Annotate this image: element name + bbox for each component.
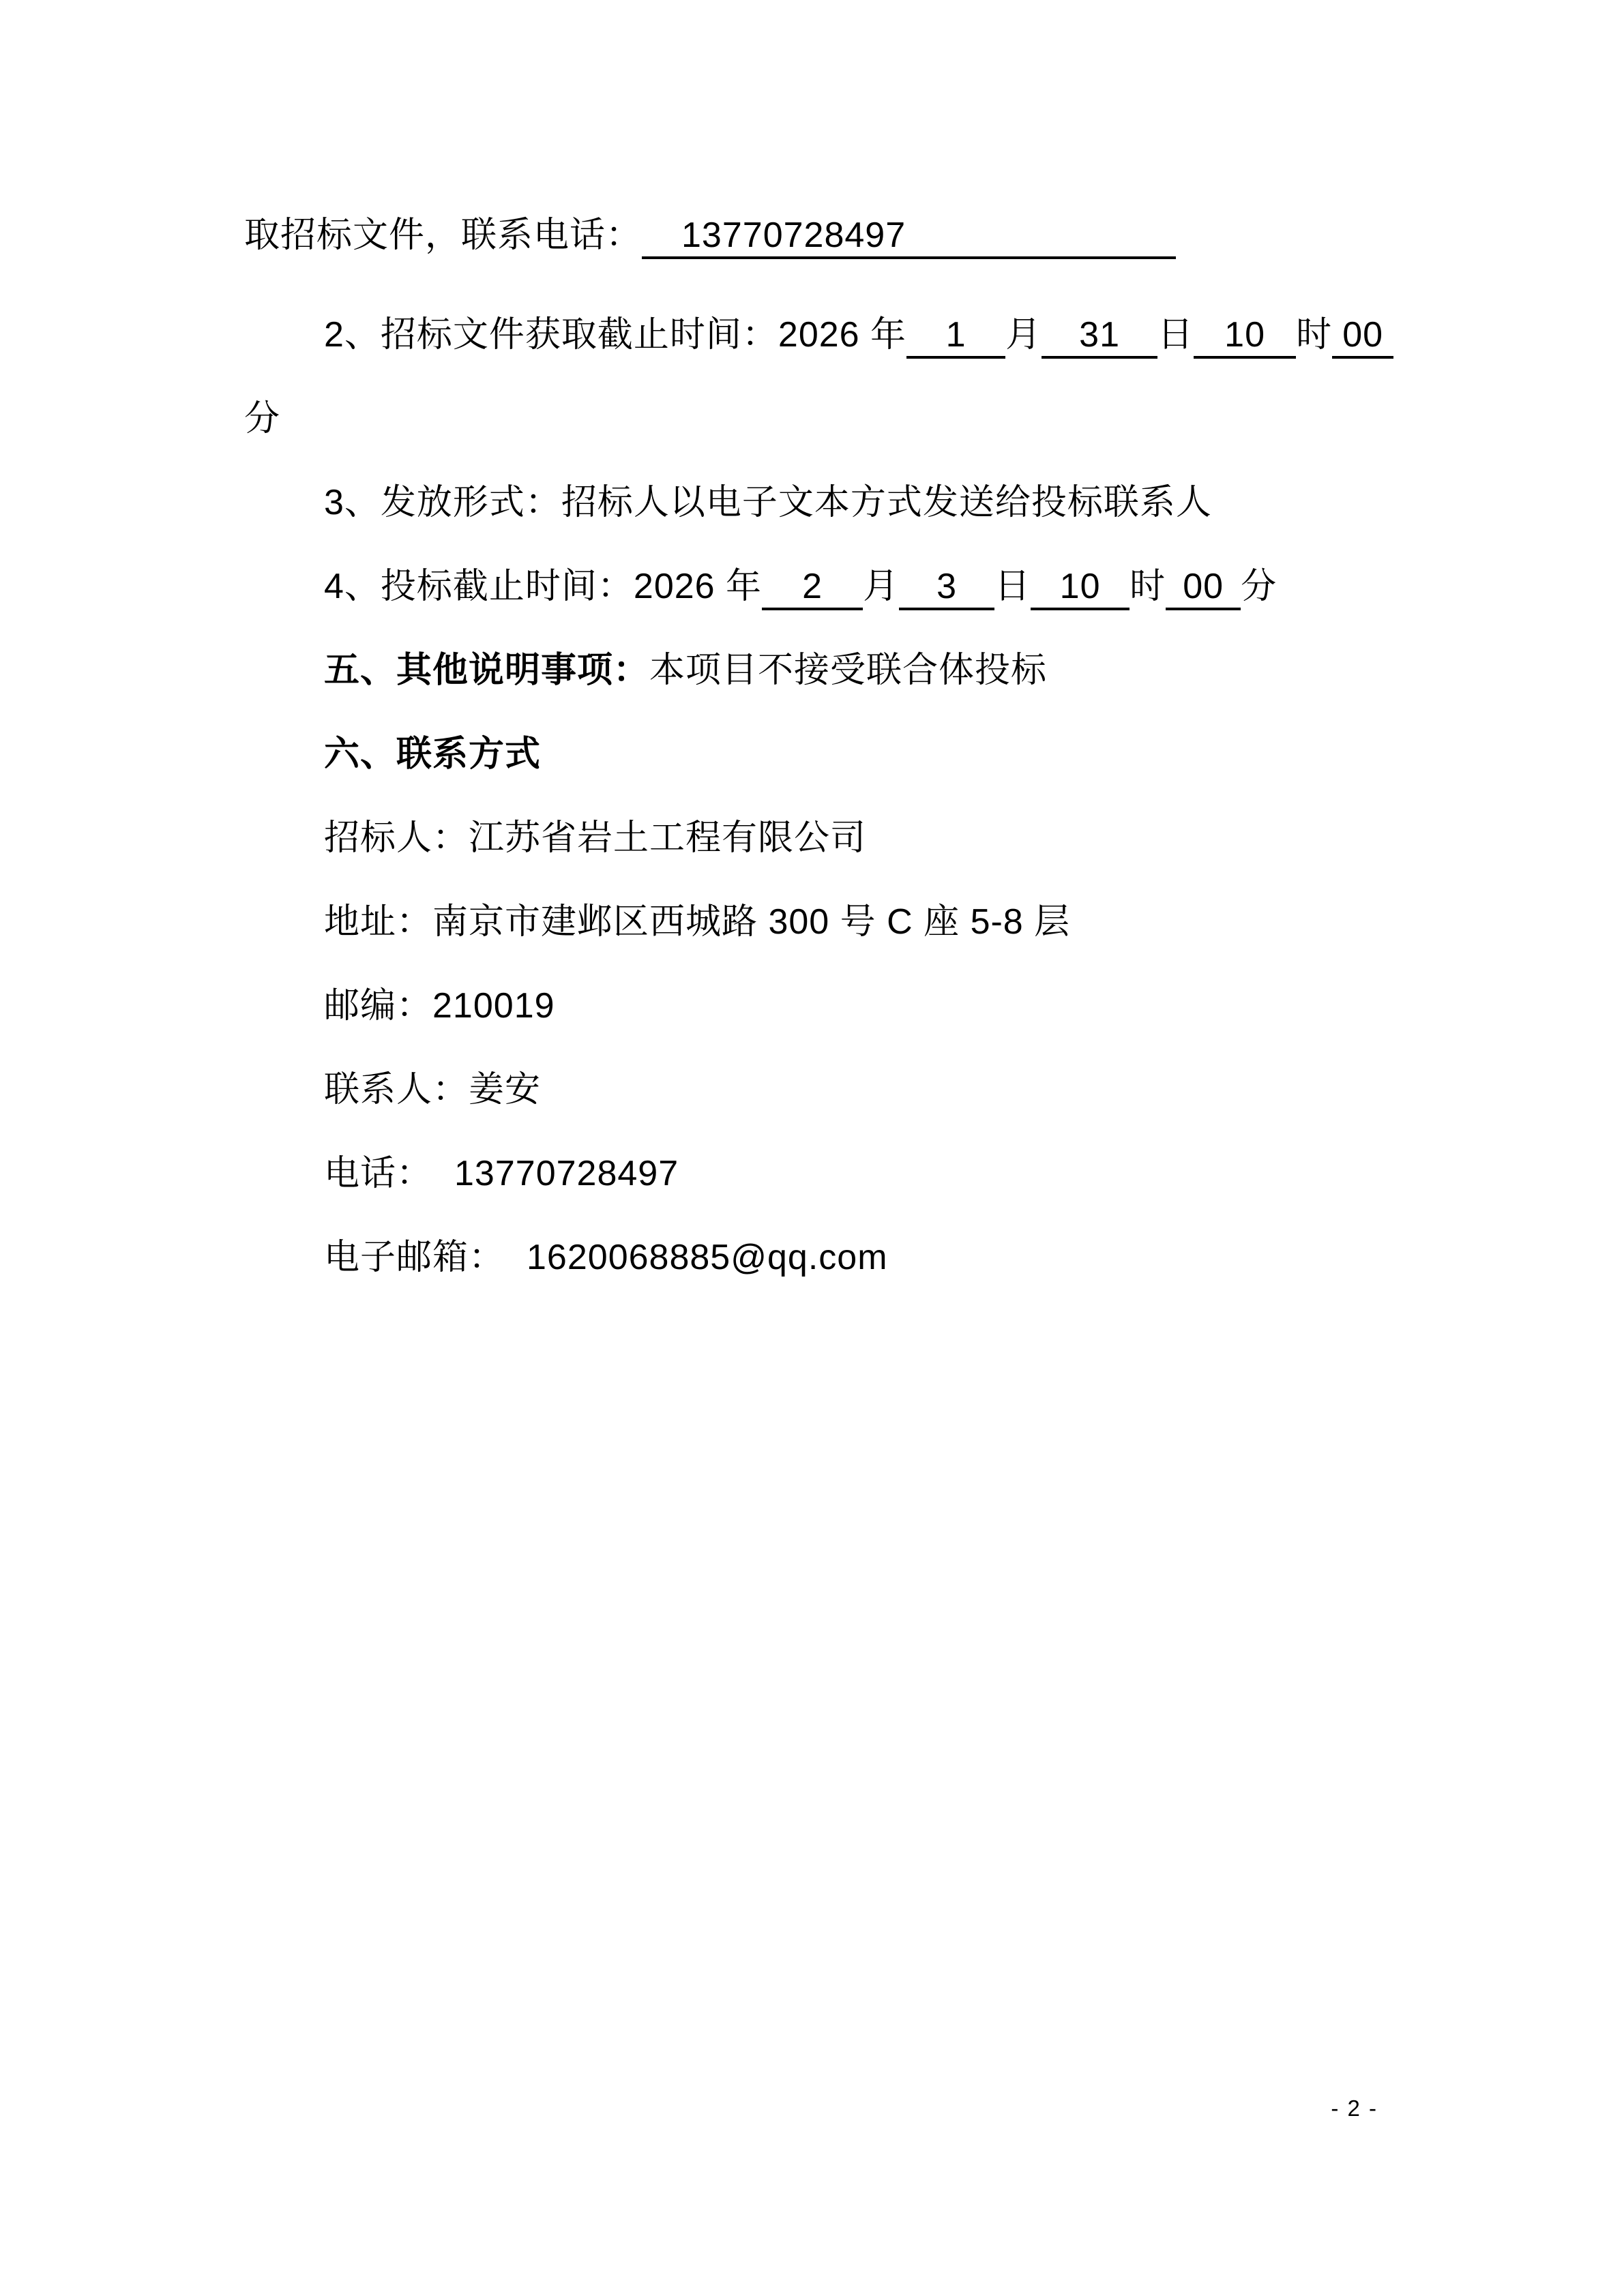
doc-deadline-month-unit: 月: [1005, 315, 1042, 355]
email-label: 电子邮箱：: [324, 1238, 505, 1277]
zip-value: 210019: [432, 986, 555, 1026]
address-value: 南京市建邺区西城路 300 号 C 座 5-8 层: [432, 902, 1070, 942]
bidder-label: 招标人：: [324, 818, 469, 858]
doc-deadline-hour-unit: 时: [1296, 315, 1332, 355]
bid-deadline-hour-value: 10: [1060, 567, 1101, 606]
doc-deadline-hour-value: 10: [1224, 315, 1265, 355]
email-value: 1620068885@qq.com: [527, 1238, 888, 1277]
paragraph-doc-deadline: 2、招标文件获取截止时间：2026 年1月31日10时00: [244, 293, 1380, 377]
other-notes-heading: 五、其他说明事项：: [324, 651, 649, 690]
doc-deadline-label: 2、招标文件获取截止时间：: [324, 315, 778, 355]
pickup-contact-text: 取招标文件，联系电话：: [244, 215, 642, 255]
contact-person-value: 姜安: [469, 1070, 541, 1109]
doc-deadline-day-value: 31: [1079, 315, 1120, 355]
zip-label: 邮编：: [324, 986, 432, 1026]
paragraph-address: 地址：南京市建邺区西城路 300 号 C 座 5-8 层: [244, 880, 1380, 964]
doc-deadline-minute-wrap: 分: [244, 399, 280, 438]
paragraph-phone: 电话：13770728497: [244, 1132, 1380, 1216]
bid-deadline-minute-unit: 分: [1241, 567, 1277, 606]
doc-deadline-year: 2026 年: [778, 315, 906, 355]
doc-deadline-day-unit: 日: [1157, 315, 1194, 355]
doc-deadline-hour-blank: 10: [1194, 314, 1296, 359]
paragraph-contact-heading: 六、联系方式: [244, 713, 1380, 796]
bid-deadline-month-blank: 2: [762, 565, 863, 610]
bid-deadline-year: 2026 年: [634, 567, 762, 606]
bid-deadline-month-unit: 月: [863, 567, 899, 606]
address-label: 地址：: [324, 902, 432, 942]
document-body: 取招标文件，联系电话：13770728497 2、招标文件获取截止时间：2026…: [244, 194, 1380, 1300]
paragraph-email: 电子邮箱：1620068885@qq.com: [244, 1216, 1380, 1300]
bid-deadline-day-unit: 日: [994, 567, 1031, 606]
bid-deadline-hour-blank: 10: [1031, 565, 1130, 610]
pickup-phone-blank: 13770728497: [642, 214, 1176, 259]
bidder-value: 江苏省岩土工程有限公司: [469, 818, 866, 858]
paragraph-pickup-contact: 取招标文件，联系电话：13770728497: [244, 194, 1380, 278]
doc-deadline-month-blank: 1: [906, 314, 1005, 359]
bid-deadline-minute-value: 00: [1183, 567, 1224, 606]
doc-deadline-minute-value: 00: [1342, 315, 1383, 355]
bid-deadline-day-value: 3: [936, 567, 957, 606]
paragraph-bidder: 招标人：江苏省岩土工程有限公司: [244, 796, 1380, 880]
bid-deadline-minute-blank: 00: [1166, 565, 1241, 610]
paragraph-contact-person: 联系人：姜安: [244, 1048, 1380, 1132]
paragraph-doc-deadline-wrap: 分: [244, 377, 1380, 461]
paragraph-bid-deadline: 4、投标截止时间：2026 年2月3日10时00分: [244, 545, 1380, 629]
other-notes-text: 本项目不接受联合体投标: [649, 651, 1047, 690]
doc-deadline-month-value: 1: [946, 315, 966, 355]
document-page: 取招标文件，联系电话：13770728497 2、招标文件获取截止时间：2026…: [0, 0, 1624, 2296]
paragraph-other-notes: 五、其他说明事项：本项目不接受联合体投标: [244, 629, 1380, 713]
page-number: - 2 -: [1331, 2095, 1378, 2122]
phone-value: 13770728497: [454, 1154, 679, 1193]
contact-person-label: 联系人：: [324, 1070, 469, 1109]
bid-deadline-month-value: 2: [802, 567, 823, 606]
pickup-phone-value: 13770728497: [681, 215, 906, 255]
phone-label: 电话：: [324, 1154, 432, 1193]
doc-deadline-minute-blank: 00: [1332, 314, 1393, 359]
bid-deadline-day-blank: 3: [899, 565, 994, 610]
distribution-text: 3、发放形式：招标人以电子文本方式发送给投标联系人: [324, 483, 1212, 522]
paragraph-zip: 邮编：210019: [244, 964, 1380, 1048]
doc-deadline-day-blank: 31: [1042, 314, 1157, 359]
bid-deadline-label: 4、投标截止时间：: [324, 567, 634, 606]
bid-deadline-hour-unit: 时: [1130, 567, 1166, 606]
paragraph-distribution: 3、发放形式：招标人以电子文本方式发送给投标联系人: [244, 461, 1380, 545]
contact-heading: 六、联系方式: [324, 734, 541, 774]
